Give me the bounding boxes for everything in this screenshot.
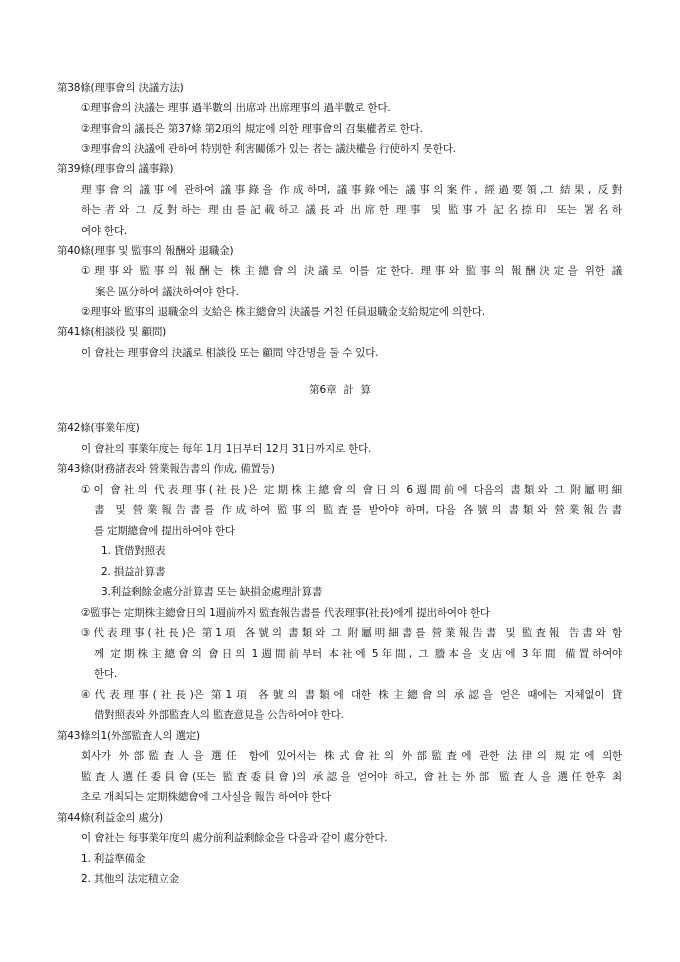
article-43-1-title: 第43條의1(外部監査人의 選定) [57,729,200,743]
article-40-item-1-line-1: ①理事와 監事의 報酬는 株主總會의 決議로 이를 定한다. 理事와 監事의 報… [81,264,622,278]
article-43-1-line-3: 초로 개최되는 定期株總會에 그사실을 報告 하여야 한다 [81,790,331,804]
article-43-item-3-line-3: 한다. [94,667,117,681]
article-40-item-2: ②理事와 監事의 退職金의 支給은 株主總會의 決議를 거친 任員退職金支給規定… [81,305,485,319]
article-43-item-1-line-1: ①이 會社의 代表理事(社長)은 定期株主總會의 會日의 6週間前에 다음의 書… [81,483,622,497]
article-43-item-3-line-2: 께 定期株主總會의 會日의 1週間前부터 本社에 5年間, 그 謄本을 支店에 … [94,647,622,661]
article-38-item-3: ③理事會의 決議에 관하여 特別한 利害關係가 있는 者는 議決權을 行使하지 … [81,142,456,156]
article-43-list-item-2: 2. 損益計算書 [101,565,165,579]
article-43-item-4-line-1: ④代表理事(社長)은 第1項 各號의 書類에 대한 株主總會의 承認을 얻은 때… [81,688,622,702]
article-42-body: 이 會社의 事業年度는 每年 1月 1日부터 12月 31日까지로 한다. [81,442,371,456]
article-39-title: 第39條(理事會의 議事錄) [57,162,173,176]
document-page: 第38條(理事會의 決議方法) ①理事會의 決議는 理事 過半數의 出席과 出席… [0,0,680,962]
article-43-title: 第43條(財務諸表와 營業報告書의 作成, 備置등) [57,462,275,476]
article-43-item-2: ②監事는 定期株主總會日의 1週前까지 監査報告書를 代表理事(社長)에게 提出… [81,606,490,620]
article-44-body: 이 會社는 每事業年度의 處分前利益剩餘金을 다음과 같이 處分한다. [81,831,387,845]
article-41-title: 第41條(相談役 및 顧問) [57,325,166,339]
article-41-body: 이 會社는 理事會의 決議로 相談役 또는 顧問 약간명을 둘 수 있다. [81,346,378,360]
article-44-list-item-2: 2. 其他의 法定積立金 [81,872,179,886]
article-38-item-2: ②理事會의 議長은 第37條 第2項의 規定에 의한 理事會의 召集權者로 한다… [81,122,423,136]
article-43-list-item-3: 3.利益剩餘金處分計算書 또는 缺損金處理計算書 [101,585,322,599]
article-40-title: 第40條(理事 및 監事의 報酬와 退職金) [57,244,233,258]
article-43-list-item-1: 1. 貸借對照表 [101,544,165,558]
article-43-item-3-line-1: ③代表理事(社長)은 第1項 各號의 書類와 그 附屬明細書를 營業報告書 및 … [81,626,622,640]
article-42-title: 第42條(事業年度) [57,421,140,435]
article-40-item-1-line-2: 案은 區分하여 議決하여야 한다. [95,285,239,299]
article-43-1-line-2: 監査人選任委員會(또는 監査委員會)의 承認을 얻어야 하고, 會社는外部 監査… [81,770,622,784]
article-44-title: 第44條(利益金의 處分) [57,811,163,825]
article-39-line-3: 여야 한다. [81,224,127,238]
article-38-item-1: ①理事會의 決議는 理事 過半數의 出席과 出席理事의 過半數로 한다. [81,101,391,115]
article-39-line-2: 하는者와 그 反對하는 理由를記載하고 議長과 出席한 理事 및 監事가 記名捺… [81,203,622,217]
article-43-item-1-line-2: 書 및 營業報告書를 作成하여 監事의 監査를 받아야 하며, 다음 各號의 書… [94,503,622,517]
article-43-item-4-line-2: 借對照表와 外部監査人의 監査意見을 公告하여야 한다. [94,708,344,722]
chapter-6-heading: 第6章 計 算 [300,383,380,397]
article-43-item-1-line-3: 를 定期總會에 提出하여야 한다 [94,524,235,538]
article-38-title: 第38條(理事會의 決議方法) [57,81,184,95]
article-43-1-line-1: 회사가 外部監査人을 選任 함에 있어서는 株式會社의 外部監査에 관한 法律의… [81,749,622,763]
article-39-line-1: 理事會의 議事에 관하여 議事錄을 作成하며, 議事錄에는 議事의案件, 經過要… [81,183,622,197]
article-44-list-item-1: 1. 利益準備金 [81,852,145,866]
